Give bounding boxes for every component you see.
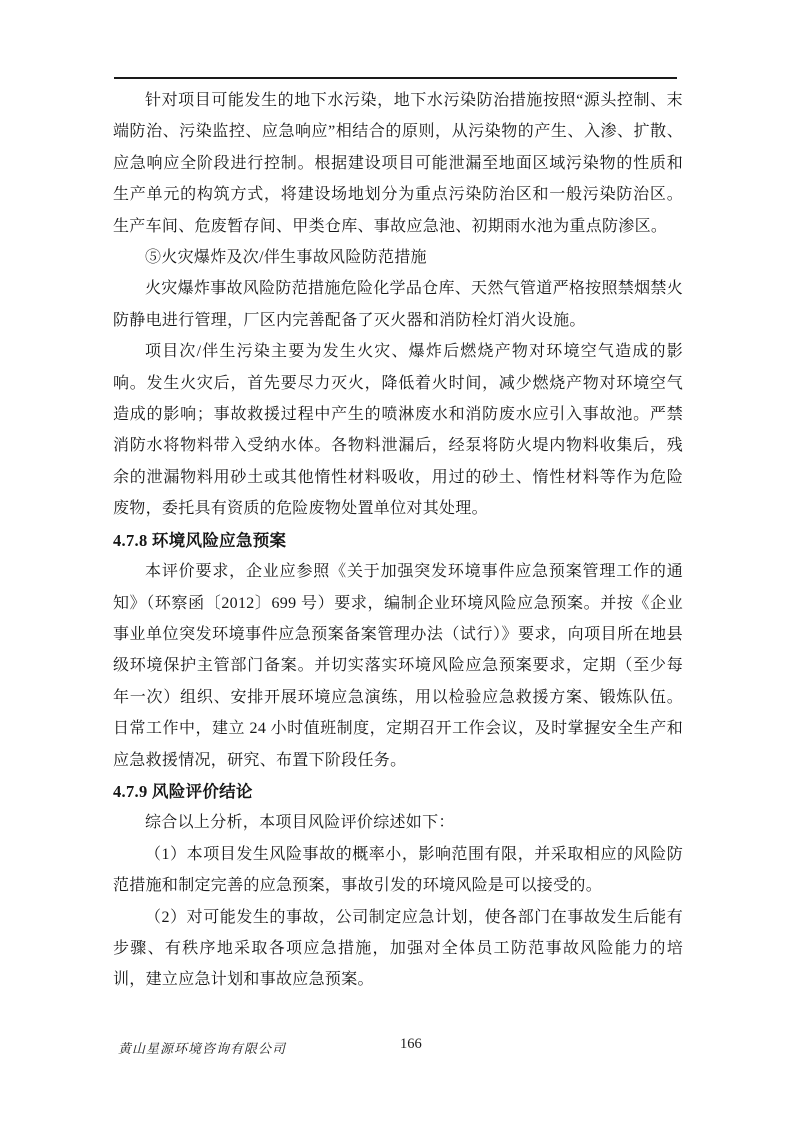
- document-page: 针对项目可能发生的地下水污染，地下水污染防治措施按照“源头控制、末端防治、污染监…: [0, 0, 793, 1122]
- page-footer: 黄山星源环境咨询有限公司 166: [113, 1034, 683, 1058]
- paragraph-groundwater-pollution: 针对项目可能发生的地下水污染，地下水污染防治措施按照“源头控制、末端防治、污染监…: [113, 85, 683, 242]
- paragraph-conclusion-2: （2）对可能发生的事故，公司制定应急计划，使各部门在事故发生后能有步骤、有秩序地…: [113, 902, 683, 996]
- paragraph-secondary-pollution: 项目次/伴生污染主要为发生火灾、爆炸后燃烧产物对环境空气造成的影响。发生火灾后，…: [113, 336, 683, 524]
- paragraph-item5-title: ⑤火灾爆炸及次/伴生事故风险防范措施: [113, 242, 683, 273]
- header-rule: [114, 77, 677, 79]
- paragraph-emergency-plan: 本评价要求，企业应参照《关于加强突发环境事件应急预案管理工作的通知》（环察函〔2…: [113, 556, 683, 776]
- footer-company-name: 黄山星源环境咨询有限公司: [118, 1038, 286, 1057]
- document-body: 针对项目可能发生的地下水污染，地下水污染防治措施按照“源头控制、末端防治、污染监…: [113, 85, 683, 996]
- footer-page-number: 166: [400, 1036, 422, 1053]
- paragraph-fire-explosion-measures: 火灾爆炸事故风险防范措施危险化学品仓库、天然气管道严格按照禁烟禁火防静电进行管理…: [113, 273, 683, 336]
- paragraph-conclusion-1: （1）本项目发生风险事故的概率小，影响范围有限，并采取相应的风险防范措施和制定完…: [113, 839, 683, 902]
- section-heading-4-7-8: 4.7.8 环境风险应急预案: [113, 525, 683, 556]
- paragraph-conclusion-intro: 综合以上分析，本项目风险评价综述如下：: [113, 807, 683, 838]
- section-heading-4-7-9: 4.7.9 风险评价结论: [113, 776, 683, 807]
